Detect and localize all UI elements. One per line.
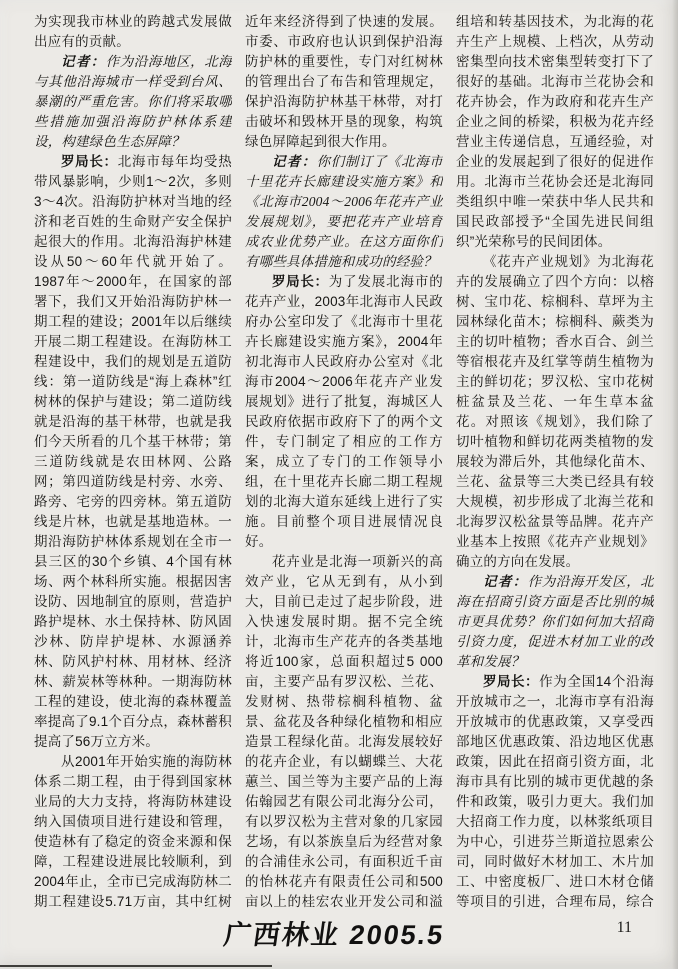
article-columns: 为实现我市林业的跨越式发展做出应有的贡献。记者：作为沿海地区，北海与其他沿海城市…: [34, 12, 654, 910]
journal-page: 为实现我市林业的跨越式发展做出应有的贡献。记者：作为沿海地区，北海与其他沿海城市…: [0, 0, 678, 969]
reporter-question: 记者：作为沿海地区，北海与其他沿海城市一样受到台风、暴潮的严重危害。你们将采取哪…: [34, 52, 232, 152]
speaker-label: 记者：: [61, 54, 106, 69]
speaker-label: 罗局长：: [483, 674, 539, 689]
reporter-question: 记者：你们制订了《北海市十里花卉长廊建设实施方案》和《北海市2004～2006年…: [245, 152, 443, 272]
text-column-left: 为实现我市林业的跨越式发展做出应有的贡献。记者：作为沿海地区，北海与其他沿海城市…: [34, 12, 232, 910]
body-paragraph: 《花卉产业规划》为北海花卉的发展确立了四个方向：以榕树、宝巾花、棕榈科、草坪为主…: [456, 252, 654, 572]
page-number: 11: [617, 919, 632, 937]
reporter-question: 记者：作为沿海开发区，北海在招商引资方面是否比别的城市更具优势？你们如何加大招商…: [456, 572, 654, 672]
speaker-label: 记者：: [272, 154, 317, 169]
director-answer: 罗局长：为了发展北海市的花卉产业，2003年北海市人民政府办公室印发了《北海市十…: [245, 272, 443, 552]
body-paragraph: 近年来经济得到了快速的发展。市委、市政府也认识到保护沿海防护林的重要性，专门对红…: [245, 12, 443, 152]
body-paragraph: 组培和转基因技术，为北海的花卉生产上规模、上档次，从劳动密集型向技术密集型转变打…: [456, 12, 654, 252]
journal-title: 广西林业 2005.5: [222, 913, 448, 952]
body-paragraph: 花卉业是北海一项新兴的高效产业，它从无到有，从小到大，目前已走过了起步阶段，进入…: [245, 552, 443, 910]
director-answer: 罗局长：作为全国14个沿海开放城市之一，北海市享有沿海开放城市的优惠政策，又享受…: [456, 672, 654, 910]
text-column-right: 组培和转基因技术，为北海的花卉生产上规模、上档次，从劳动密集型向技术密集型转变打…: [456, 12, 654, 910]
scan-edge-shadow: [672, 0, 678, 969]
text-column-middle: 近年来经济得到了快速的发展。市委、市政府也认识到保护沿海防护林的重要性，专门对红…: [245, 12, 443, 910]
body-paragraph: 从2001年开始实施的海防林体系二期工程，由于得到国家林业局的大力支持，将海防林…: [34, 752, 232, 910]
scan-artifact-line: [0, 965, 272, 967]
page-footer: 广西林业 2005.5 11: [0, 911, 678, 951]
speaker-label: 记者：: [483, 574, 528, 589]
director-answer: 罗局长：北海市每年均受热带风暴影响，少则1～2次，多则3～4次。沿海防护林对当地…: [34, 152, 232, 752]
body-paragraph: 为实现我市林业的跨越式发展做出应有的贡献。: [34, 12, 232, 52]
speaker-label: 罗局长：: [272, 274, 329, 289]
speaker-label: 罗局长：: [61, 154, 118, 169]
